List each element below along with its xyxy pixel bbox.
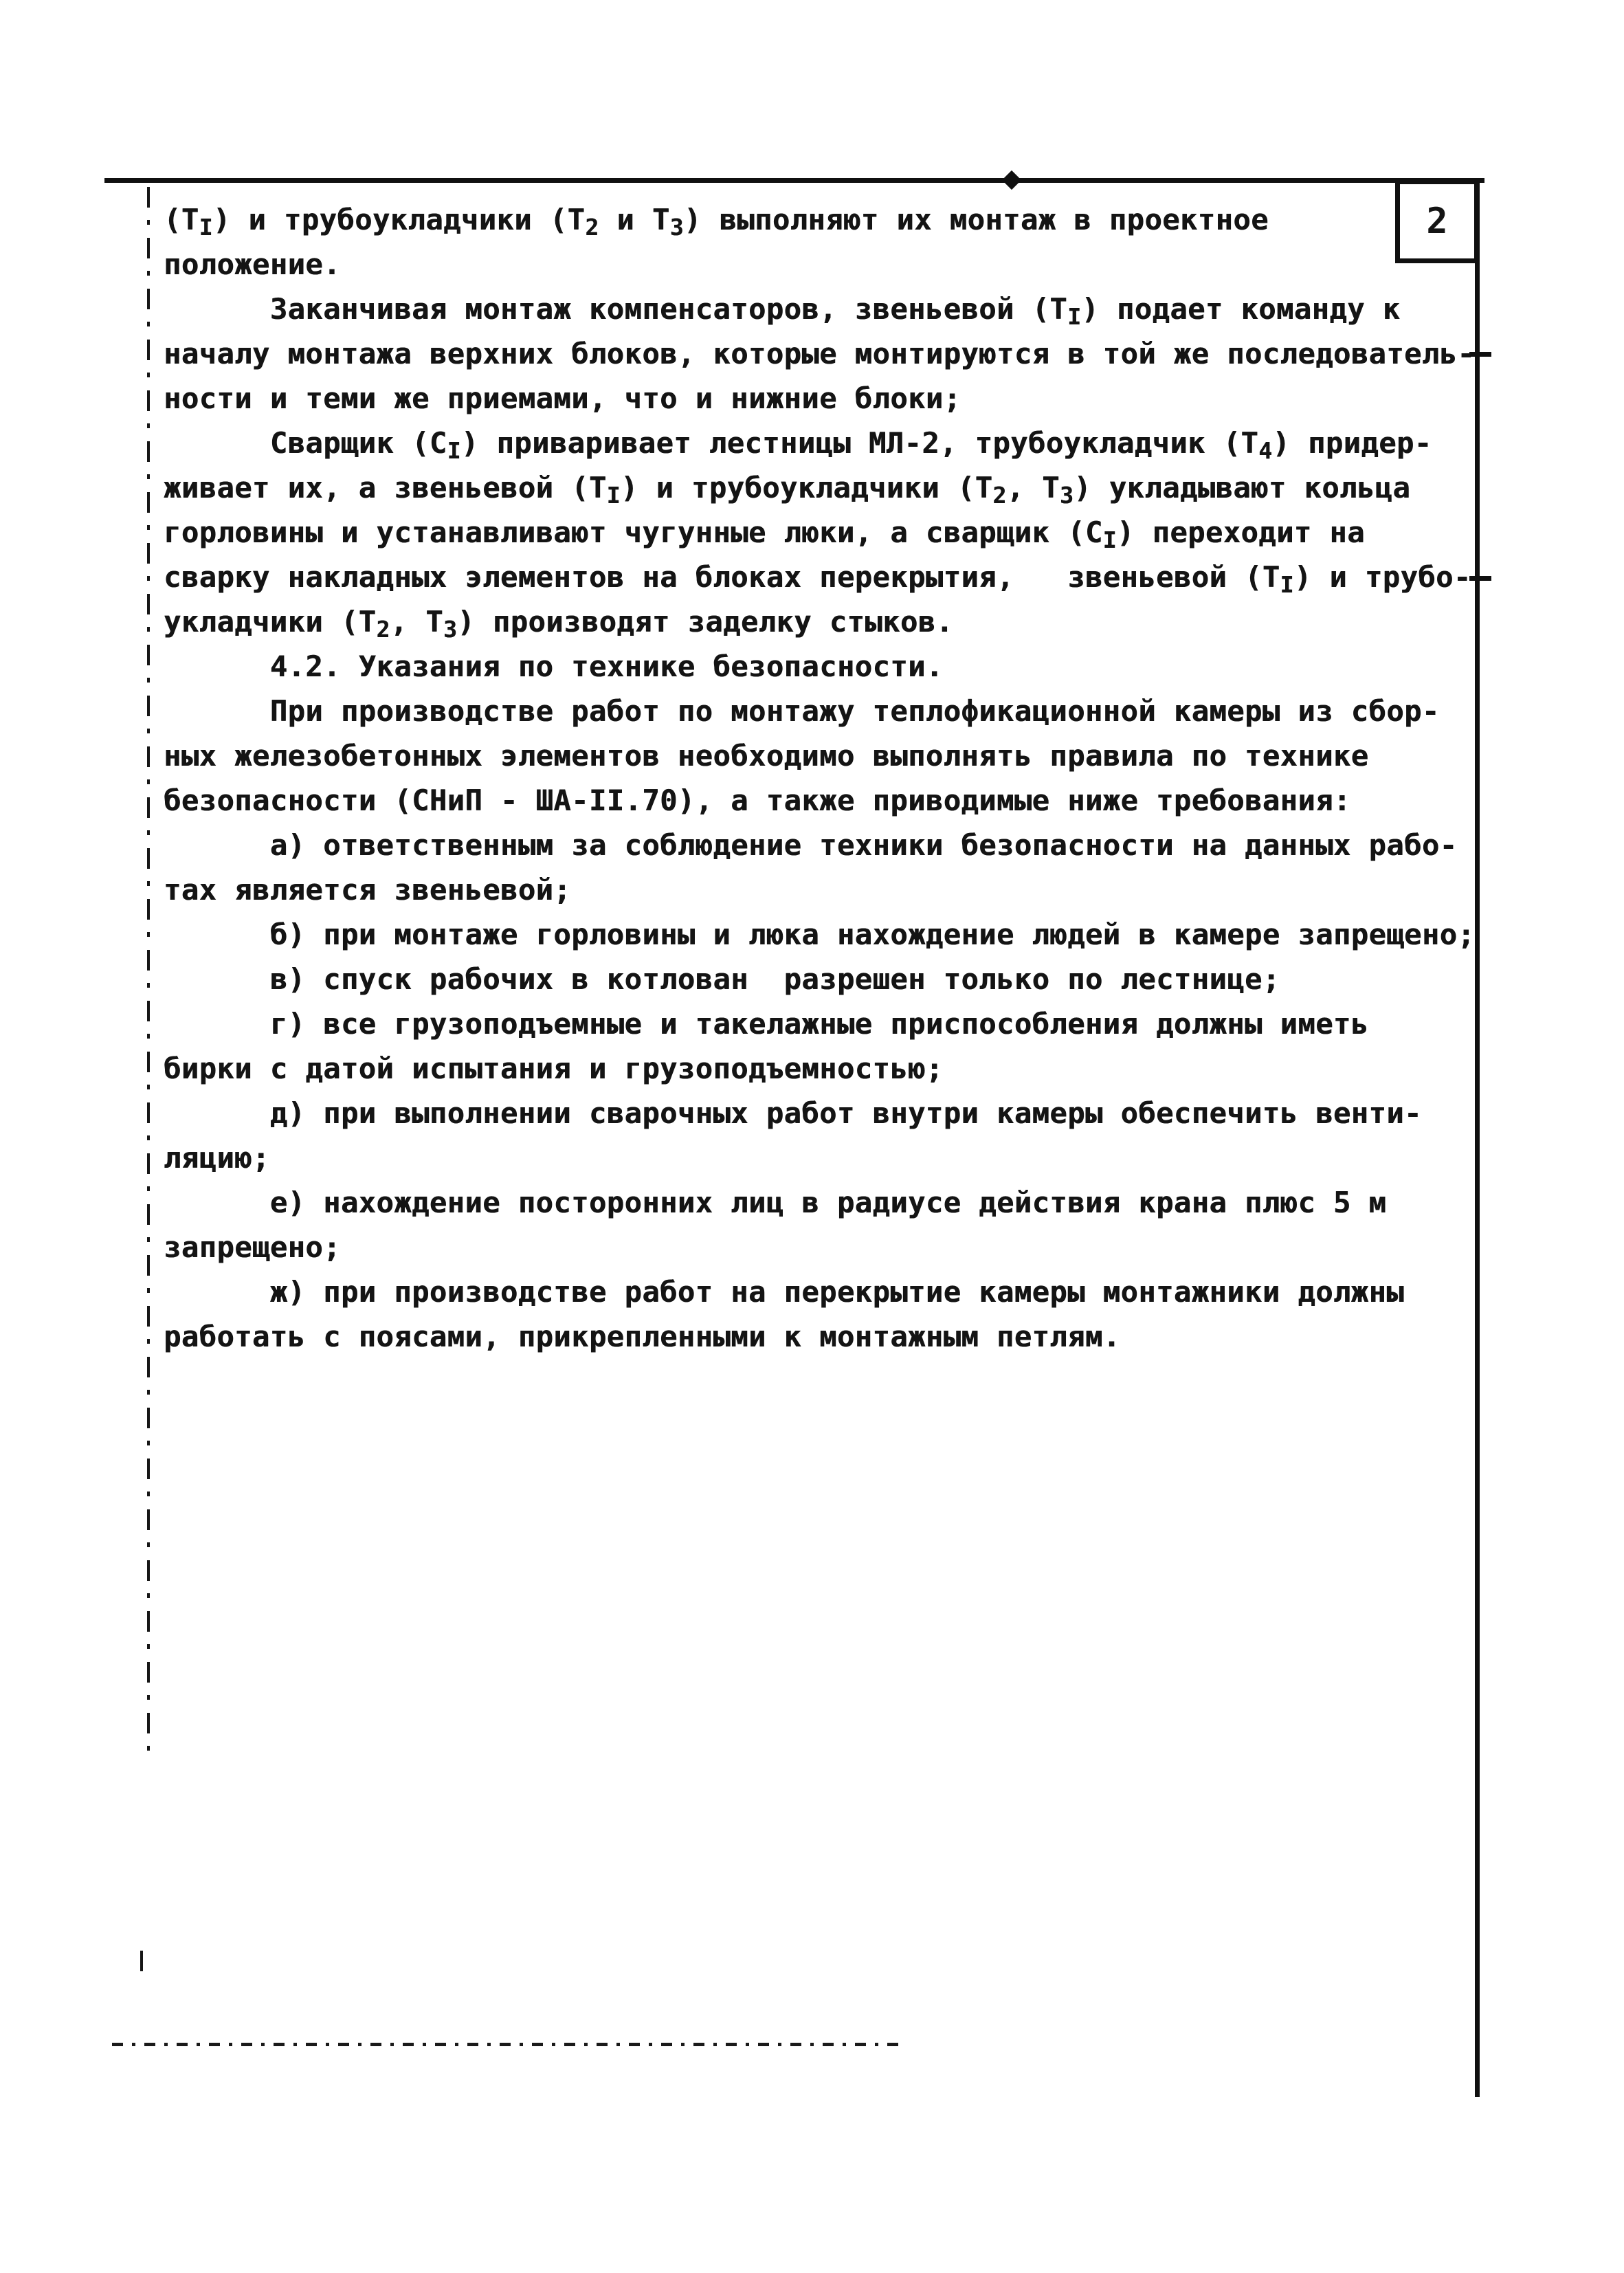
- text-line: Заканчивая монтаж компенсаторов, звеньев…: [164, 287, 1483, 331]
- text-line: началу монтажа верхних блоков, которые м…: [164, 331, 1483, 376]
- left-dash-dot-border: [147, 187, 150, 1761]
- text-line: д) при выполнении сварочных работ внутри…: [164, 1091, 1483, 1135]
- top-border-diamond-artifact: [1002, 170, 1021, 190]
- text-line: ляцию;: [164, 1135, 1483, 1180]
- text-line: 4.2. Указания по технике безопасности.: [164, 644, 1483, 689]
- text-line: бирки с датой испытания и грузоподъемнос…: [164, 1046, 1483, 1091]
- left-border-stray-mark: [140, 1951, 143, 1971]
- text-line: г) все грузоподъемные и такелажные присп…: [164, 1001, 1483, 1046]
- text-line: работать с поясами, прикрепленными к мон…: [164, 1314, 1483, 1359]
- scanned-page: 2 (ТI) и трубоукладчики (Т2 и Т3) выполн…: [0, 0, 1624, 2273]
- text-line: живает их, а звеньевой (ТI) и трубоуклад…: [164, 465, 1483, 510]
- text-line: в) спуск рабочих в котлован разрешен тол…: [164, 957, 1483, 1001]
- text-line: ности и теми же приемами, что и нижние б…: [164, 376, 1483, 421]
- text-line: запрещено;: [164, 1225, 1483, 1269]
- text-line: сварку накладных элементов на блоках пер…: [164, 555, 1483, 599]
- text-line: (ТI) и трубоукладчики (Т2 и Т3) выполняю…: [164, 197, 1483, 242]
- text-line: безопасности (СНиП - ША-II.70), а также …: [164, 778, 1483, 823]
- text-line: укладчики (Т2, Т3) производят заделку ст…: [164, 599, 1483, 644]
- top-border-line: [104, 178, 1484, 183]
- text-line: горловины и устанавливают чугунные люки,…: [164, 510, 1483, 555]
- text-line: б) при монтаже горловины и люка нахожден…: [164, 912, 1483, 957]
- document-text: (ТI) и трубоукладчики (Т2 и Т3) выполняю…: [164, 197, 1483, 1359]
- text-line: ж) при производстве работ на перекрытие …: [164, 1269, 1483, 1314]
- text-line: тах является звеньевой;: [164, 867, 1483, 912]
- text-line: е) нахождение посторонних лиц в радиусе …: [164, 1180, 1483, 1225]
- text-line: а) ответственным за соблюдение техники б…: [164, 823, 1483, 867]
- text-line: ных железобетонных элементов необходимо …: [164, 733, 1483, 778]
- bottom-dashed-line: [112, 2043, 901, 2046]
- text-line: Сварщик (СI) приваривает лестницы МЛ-2, …: [164, 421, 1483, 465]
- text-line: положение.: [164, 242, 1483, 287]
- text-line: При производстве работ по монтажу теплоф…: [164, 689, 1483, 733]
